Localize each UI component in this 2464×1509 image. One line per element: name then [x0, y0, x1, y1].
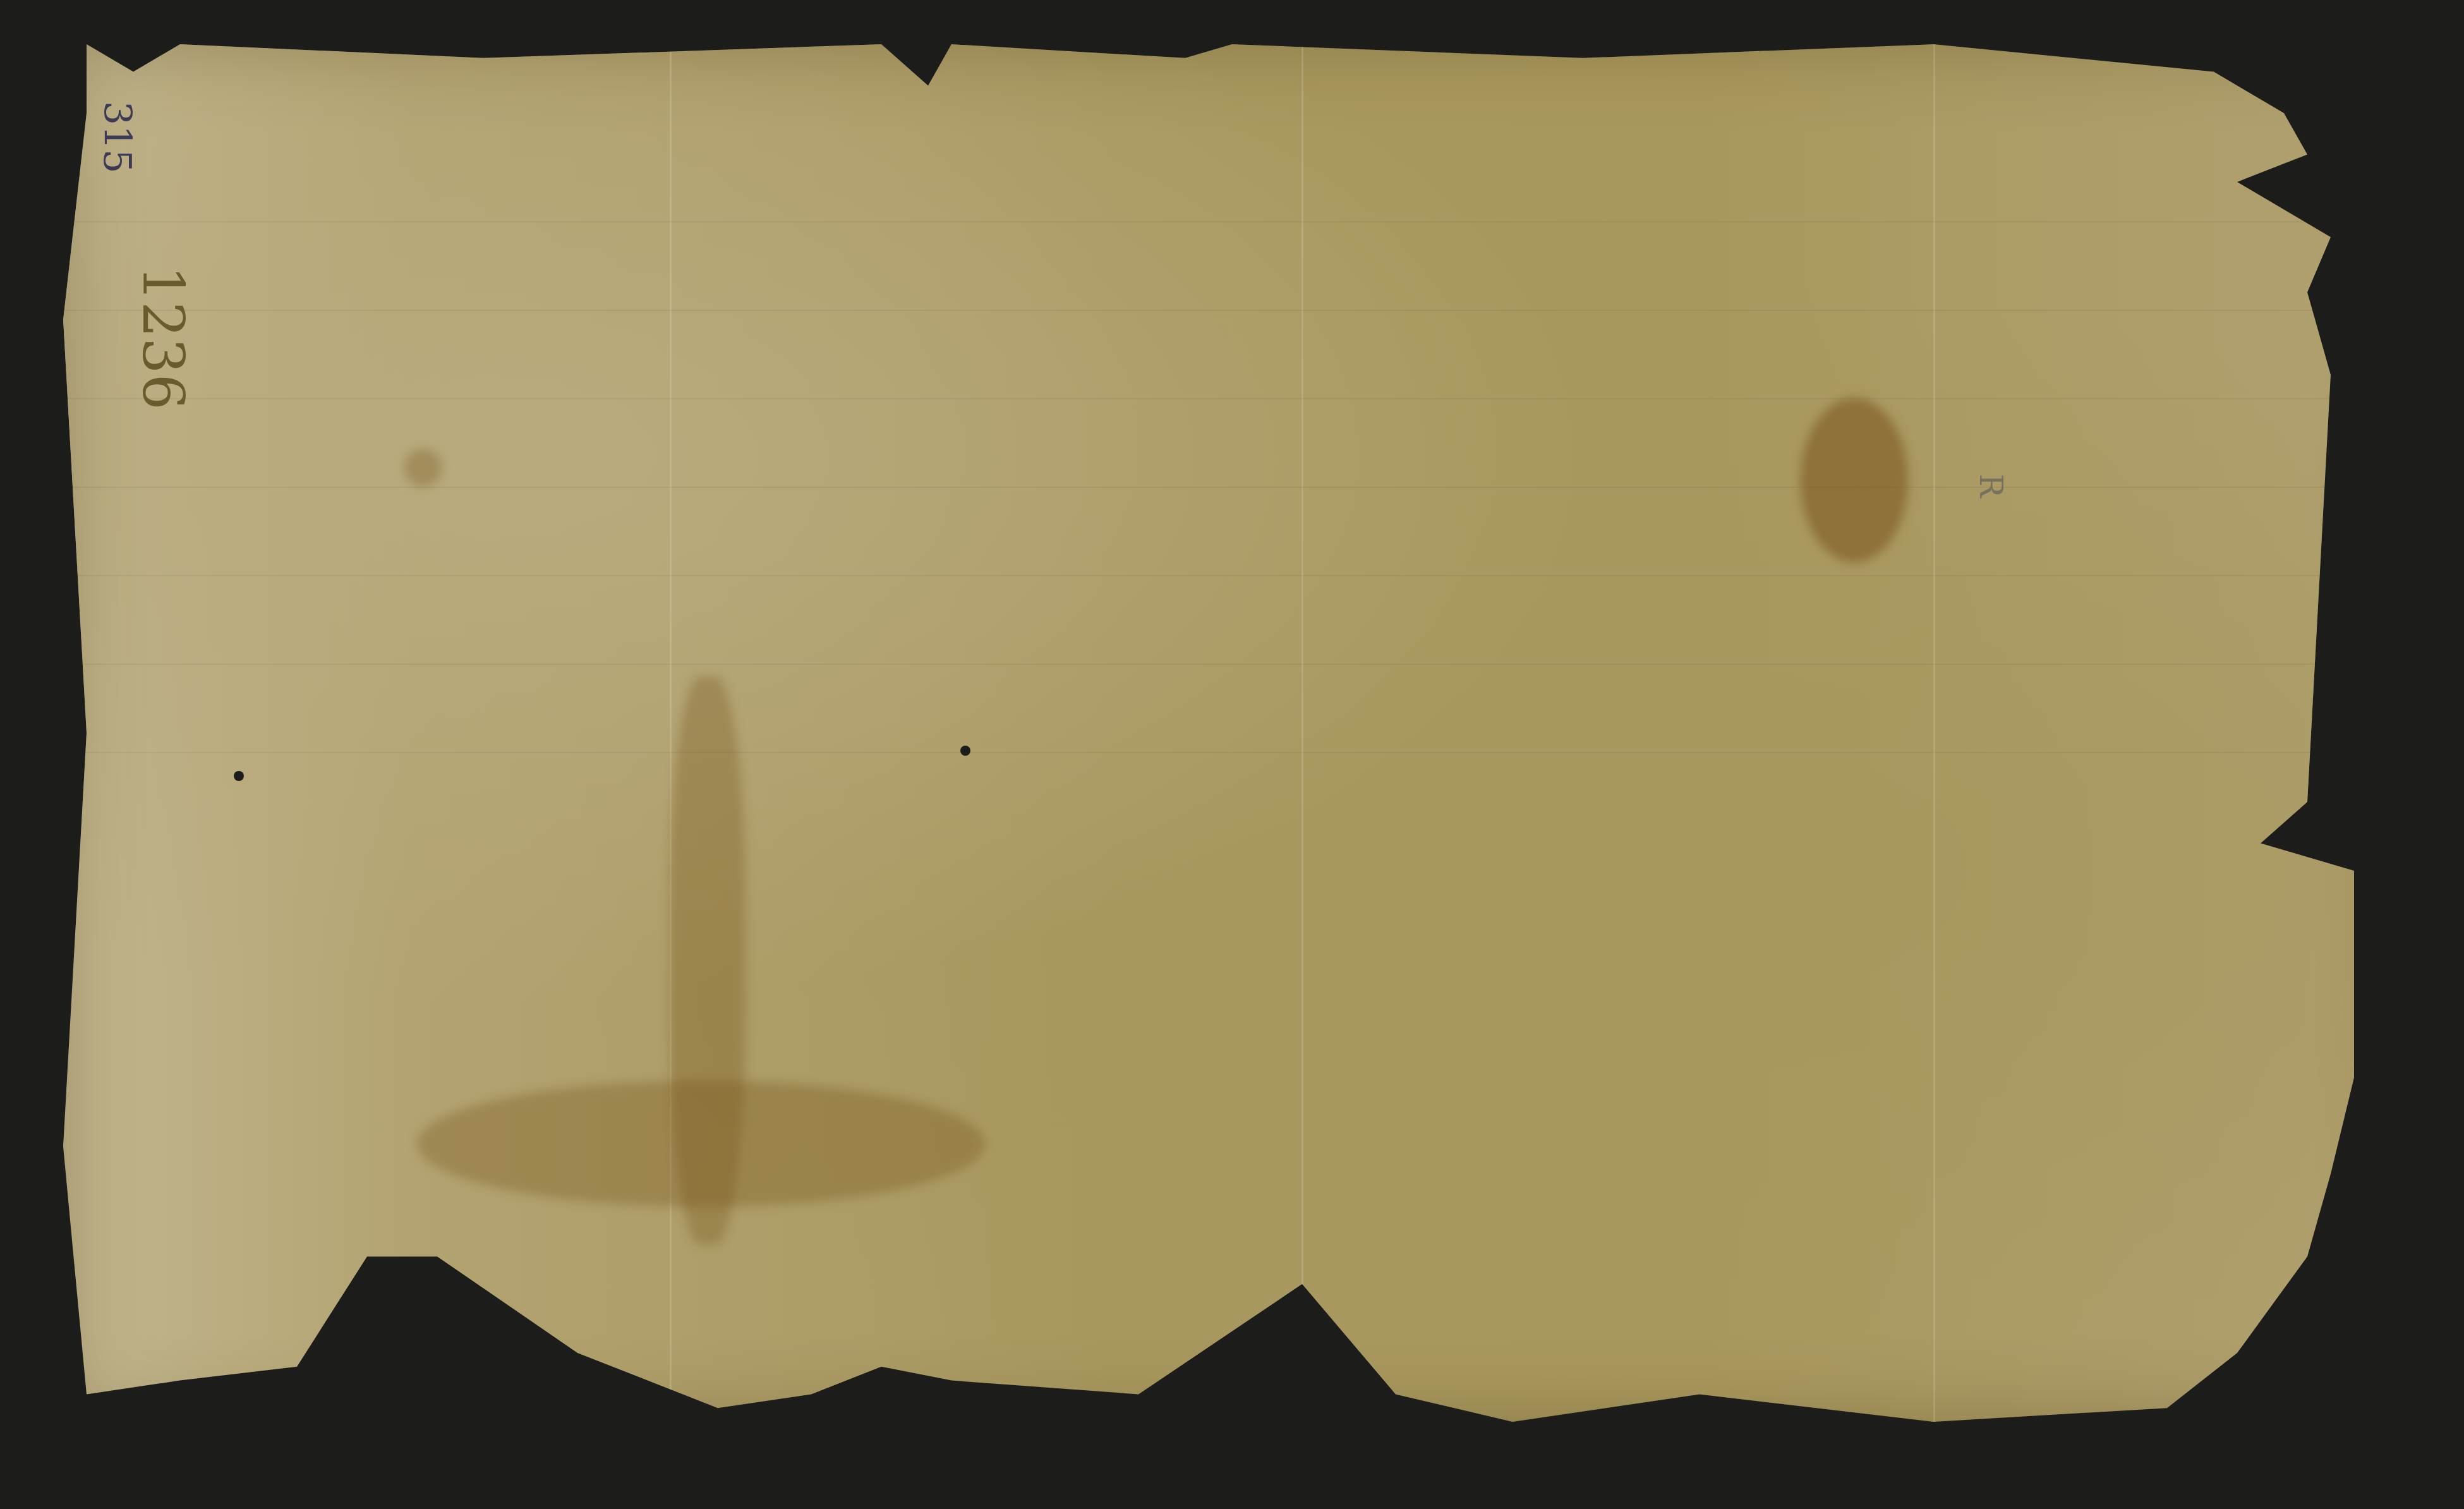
ruling-line: [63, 221, 2401, 222]
fold-line: [670, 44, 672, 1422]
hole: [234, 771, 244, 781]
ruling-line: [63, 487, 2401, 488]
dark-stain: [1801, 398, 1908, 562]
pencil-annotation: R: [1972, 474, 2009, 498]
number-annotation: 1236: [130, 265, 196, 410]
hole: [960, 746, 970, 756]
spot-stain: [404, 449, 442, 487]
ruling-line: [63, 664, 2401, 665]
drip-stain: [670, 676, 746, 1245]
shelfmark-annotation: 315: [95, 101, 139, 174]
scan-background: 315 1236 R: [0, 0, 2464, 1509]
ruling-line: [63, 752, 2401, 753]
fold-line: [1933, 44, 1935, 1422]
ruling-line: [63, 398, 2401, 399]
fold-line: [1301, 44, 1303, 1422]
ruling-line: [63, 310, 2401, 311]
ruling-line: [63, 575, 2401, 576]
parchment-sheet: 315 1236 R: [63, 44, 2401, 1422]
